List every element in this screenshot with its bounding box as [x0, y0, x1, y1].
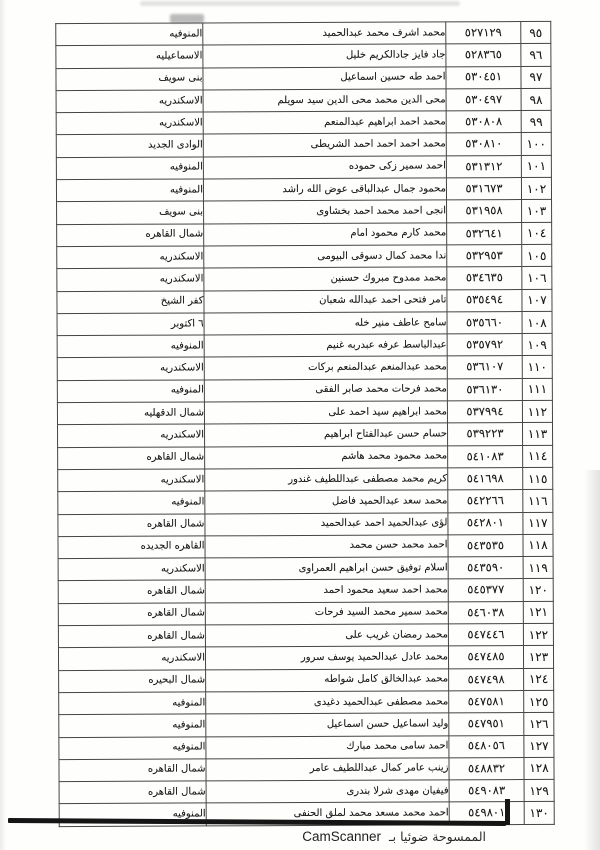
serial-cell: ١٠٤	[522, 222, 552, 244]
name-cell: محمد احمد احمد احمد الشريطى	[203, 133, 446, 156]
table-row: ١٢٧ ٥٤٨٠٥٦ احمد سامى محمد مبارك المنوفيه	[59, 735, 554, 759]
serial-cell: ١٠٢	[521, 177, 551, 199]
governorate-cell: الاسكندريه	[57, 268, 204, 291]
governorate-cell: شمال الدقهليه	[57, 402, 204, 425]
governorate-cell: القاهره الجديده	[58, 536, 205, 559]
governorate-cell: شمال القاهره	[58, 447, 205, 470]
id-cell: ٥٤٦٠٣٨	[448, 601, 523, 624]
serial-cell: ١١٩	[523, 557, 553, 579]
id-cell: ٥٤٢٢٦٦	[448, 490, 523, 513]
table-row: ١١٥ ٥٤١٦٩٨ كريم محمد مصطفى عبداللطيف غند…	[58, 467, 553, 491]
name-cell: لؤى عبدالحميد احمد عبدالحميد	[205, 512, 448, 535]
name-cell: محمد عبدالخالق كامل شواطه	[206, 668, 449, 691]
table-row: ١٢٩ ٥٤٩٠٨٣ فيفيان مهدى شرلا بندرى شمال ا…	[59, 780, 554, 804]
governorate-cell: المنوفيه	[56, 157, 203, 180]
serial-cell: ١١٢	[522, 400, 552, 422]
id-cell: ٥٣٦١٠٧	[447, 356, 522, 379]
table-row: ١١٨ ٥٤٣٥٣٥ احمد محمد حسن محمد القاهره ال…	[58, 534, 553, 558]
id-cell: ٥٣٥٦٦٠	[447, 311, 522, 334]
serial-cell: ١٢٥	[524, 690, 554, 712]
id-cell: ٥٤٥٣٧٧	[448, 579, 523, 602]
table-row: ١٢٣ ٥٤٧٤٨٥ محمد عادل عبدالحميد يوسف سرور…	[58, 646, 553, 670]
id-cell: ٥٤٧٤٨٥	[448, 646, 523, 669]
serial-cell: ١٠٣	[522, 200, 552, 222]
name-cell: محمد عادل عبدالحميد يوسف سرور	[205, 646, 448, 669]
serial-cell: ١٢٢	[523, 623, 553, 645]
table-row: ٩٥ ٥٢٧١٢٩ محمد اشرف محمد عبدالحميد المنو…	[56, 21, 551, 45]
scan-edge-shadow-left	[0, 0, 6, 850]
table-row: ١٠٢ ٥٣١٦٧٣ محمود جمال عبدالباقى عوض الله…	[56, 177, 551, 201]
table-row: ١٠٩ ٥٣٥٧٩٢ عبدالباسط عرفه عبدربه غنيم ال…	[57, 334, 552, 358]
name-cell: عبدالباسط عرفه عبدربه غنيم	[204, 334, 447, 357]
id-cell: ٥٤٧٤٤٦	[448, 624, 523, 647]
serial-cell: ١٠٦	[522, 267, 552, 289]
name-cell: محمد كارم محمود امام	[204, 223, 447, 246]
name-cell: اسلام توفيق حسن ابراهيم العمراوى	[205, 557, 448, 580]
name-cell: محمد رمضان غريب على	[205, 624, 448, 647]
serial-cell: ١٠١	[521, 155, 551, 177]
serial-cell: ١١٣	[522, 423, 552, 445]
serial-cell: ١٠٠	[521, 133, 551, 155]
records-table-wrap: ٩٥ ٥٢٧١٢٩ محمد اشرف محمد عبدالحميد المنو…	[55, 21, 554, 827]
table-row: ١٢٤ ٥٤٧٤٩٨ محمد عبدالخالق كامل شواطه شما…	[59, 668, 554, 692]
scanned-document-page: { "colors": { "ink": "#1c1c1c", "table_b…	[0, 0, 600, 850]
id-cell: ٥٤٨٠٥٦	[449, 735, 524, 758]
table-row: ١٠٥ ٥٣٢٩٥٣ ندا محمد كمال دسوقى البيومى ا…	[57, 244, 552, 268]
name-cell: احمد محمد حسن محمد	[205, 535, 448, 558]
serial-cell: ١٠٧	[522, 289, 552, 311]
name-cell: محمود جمال عبدالباقى عوض الله راشد	[203, 178, 446, 201]
table-row: ١٢٥ ٥٤٧٥٨١ محمد مصطفى عبدالحميد دغيدى ال…	[59, 690, 554, 714]
governorate-cell: المنوفيه	[57, 335, 204, 358]
scan-edge-shadow-right	[584, 470, 600, 850]
name-cell: احمد سمير زكى حموده	[203, 156, 446, 179]
governorate-cell: المنوفيه	[59, 736, 206, 759]
governorate-cell: شمال القاهره	[59, 759, 206, 782]
id-cell: ٥٣٢٩٥٣	[447, 245, 522, 268]
name-cell: جاد فايز جادالكريم خليل	[203, 44, 446, 67]
id-cell: ٥٤١٠٨٣	[448, 445, 523, 468]
name-cell: محمد ابراهيم سيد احمد على	[204, 401, 447, 424]
records-table-body: ٩٥ ٥٢٧١٢٩ محمد اشرف محمد عبدالحميد المنو…	[56, 21, 554, 826]
watermark-corner-tick	[505, 799, 510, 825]
governorate-cell: الاسكندريه	[57, 246, 204, 269]
id-cell: ٥٣٠٤٥١	[446, 66, 521, 89]
governorate-cell: الاسكندريه	[56, 112, 203, 135]
name-cell: سامح عاطف منير خله	[204, 312, 447, 335]
name-cell: ندا محمد كمال دسوقى البيومى	[204, 245, 447, 268]
table-row: ١٠١ ٥٣١٣١٢ احمد سمير زكى حموده المنوفيه	[56, 155, 551, 179]
name-cell: محمد سمير محمد السيد فرحات	[205, 602, 448, 625]
id-cell: ٥٤٢٨٠١	[448, 512, 523, 535]
scanned-with-text: الممسوحة ضوئيا بـ	[389, 829, 486, 844]
governorate-cell: شمال القاهره	[58, 580, 205, 603]
camscanner-brand-text: CamScanner	[302, 829, 381, 844]
id-cell: ٥٤٧٤٩٨	[449, 668, 524, 691]
serial-cell: ١١٦	[523, 490, 553, 512]
table-row: ١٢٢ ٥٤٧٤٤٦ محمد رمضان غريب على شمال القا…	[58, 623, 553, 647]
name-cell: احمد طه حسين اسماعيل	[203, 66, 446, 89]
id-cell: ٥٤٧٩٥١	[449, 713, 524, 736]
table-row: ١٠٣ ٥٣١٩٥٨ انجى احمد محمد احمد بخشاوى بن…	[57, 200, 552, 224]
table-row: ٩٧ ٥٣٠٤٥١ احمد طه حسين اسماعيل بنى سويف	[56, 66, 551, 90]
serial-cell: ١٢٣	[523, 646, 553, 668]
serial-cell: ١١٤	[523, 445, 553, 467]
table-row: ١٠٨ ٥٣٥٦٦٠ سامح عاطف منير خله ٦ اكتوبر	[57, 311, 552, 335]
serial-cell: ١١٠	[522, 356, 552, 378]
governorate-cell: الاسكندريه	[58, 424, 205, 447]
id-cell: ٥٣٧٩٩٤	[447, 401, 522, 424]
serial-cell: ١٢٧	[524, 735, 554, 757]
governorate-cell: ٦ اكتوبر	[57, 313, 204, 336]
id-cell: ٥٣١٩٥٨	[447, 200, 522, 223]
id-cell: ٥٤٩٠٨٣	[449, 780, 524, 803]
serial-cell: ١٣٠	[524, 802, 554, 824]
serial-cell: ١٠٨	[522, 311, 552, 333]
serial-cell: ٩٧	[521, 66, 551, 88]
governorate-cell: شمال القاهره	[58, 603, 205, 626]
serial-cell: ٩٨	[521, 88, 551, 110]
id-cell: ٥٣٢٦٤١	[447, 222, 522, 245]
governorate-cell: بنى سويف	[56, 68, 203, 91]
id-cell: ٥٣٠٤٩٧	[446, 88, 521, 111]
serial-cell: ٩٩	[521, 111, 551, 133]
name-cell: حسام حسن عبدالفتاح ابراهيم	[205, 423, 448, 446]
scan-smudge	[140, 1, 460, 6]
serial-cell: ١١٥	[523, 467, 553, 489]
id-cell: ٥٤٣٥٣٥	[448, 534, 523, 557]
name-cell: محمد اشرف محمد عبدالحميد	[203, 22, 446, 45]
governorate-cell: بنى سويف	[57, 201, 204, 224]
governorate-cell: المنوفيه	[56, 23, 203, 46]
name-cell: كريم محمد مصطفى عبداللطيف غندور	[205, 468, 448, 491]
id-cell: ٥٣١٣١٢	[446, 155, 521, 178]
table-row: ١١١ ٥٣٦١٣٠ محمد فرحات محمد صابر الفقى ال…	[57, 378, 552, 402]
name-cell: محمد مصطفى عبدالحميد دغيدى	[206, 691, 449, 714]
serial-cell: ١٠٥	[522, 244, 552, 266]
name-cell: محمد فرحات محمد صابر الفقى	[204, 379, 447, 402]
id-cell: ٥٣١٦٧٣	[446, 178, 521, 201]
serial-cell: ١١٨	[523, 534, 553, 556]
table-row: ١١٦ ٥٤٢٢٦٦ محمد سعد عبدالحميد فاضل المنو…	[58, 490, 553, 514]
serial-cell: ١٠٩	[522, 334, 552, 356]
id-cell: ٥٣٩٢٢٣	[447, 423, 522, 446]
id-cell: ٥٣٦١٣٠	[447, 378, 522, 401]
governorate-cell: الاسكندريه	[58, 469, 205, 492]
id-cell: ٥٣٠٨١٠	[446, 133, 521, 156]
id-cell: ٥٣٠٨٠٨	[446, 111, 521, 134]
name-cell: احمد سامى محمد مبارك	[206, 735, 449, 758]
serial-cell: ١٢١	[523, 601, 553, 623]
records-table: ٩٥ ٥٢٧١٢٩ محمد اشرف محمد عبدالحميد المنو…	[55, 21, 555, 827]
serial-cell: ٩٥	[521, 21, 551, 43]
governorate-cell: الاسماعيليه	[56, 45, 203, 68]
governorate-cell: كفر الشيخ	[57, 291, 204, 314]
table-row: ١١٩ ٥٤٣٥٩٠ اسلام توفيق حسن ابراهيم العمر…	[58, 557, 553, 581]
table-row: ١٢١ ٥٤٦٠٣٨ محمد سمير محمد السيد فرحات شم…	[58, 601, 553, 625]
governorate-cell: الوادى الجديد	[56, 134, 203, 157]
name-cell: محمد محمود محمد هاشم	[205, 446, 448, 469]
id-cell: ٥٤٣٥٩٠	[448, 557, 523, 580]
governorate-cell: المنوفيه	[58, 491, 205, 514]
table-row: ١١٣ ٥٣٩٢٢٣ حسام حسن عبدالفتاح ابراهيم ال…	[58, 423, 553, 447]
name-cell: تامر فتحى احمد عبدالله شعبان	[204, 289, 447, 312]
governorate-cell: الاسكندريه	[58, 647, 205, 670]
id-cell: ٥٢٨٣٦٥	[446, 44, 521, 67]
table-row: ٩٦ ٥٢٨٣٦٥ جاد فايز جادالكريم خليل الاسما…	[56, 44, 551, 68]
id-cell: ٥٤٧٥٨١	[449, 690, 524, 713]
governorate-cell: المنوفيه	[59, 692, 206, 715]
table-row: ١٠٦ ٥٣٤٦٣٥ محمد ممدوح مبروك حسنين الاسكن…	[57, 267, 552, 291]
table-row: ١١٧ ٥٤٢٨٠١ لؤى عبدالحميد احمد عبدالحميد …	[58, 512, 553, 536]
watermark-caption: الممسوحة ضوئيا بـ CamScanner	[302, 829, 486, 844]
id-cell: ٥٣٤٦٣٥	[447, 267, 522, 290]
name-cell: محى الدين محمد محى الدين سيد سويلم	[203, 89, 446, 112]
table-row: ١٢٠ ٥٤٥٣٧٧ محمد احمد سعيد محمود احمد شما…	[58, 579, 553, 603]
table-row: ١٠٤ ٥٣٢٦٤١ محمد كارم محمود امام شمال الق…	[57, 222, 552, 246]
governorate-cell: شمال القاهره	[59, 781, 206, 804]
governorate-cell: شمال البحيره	[59, 670, 206, 693]
serial-cell: ١٢٦	[524, 713, 554, 735]
governorate-cell: شمال القاهره	[58, 625, 205, 648]
serial-cell: ١٢٠	[523, 579, 553, 601]
name-cell: زينب عامر كمال عبداللطيف عامر	[206, 758, 449, 781]
name-cell: انجى احمد محمد احمد بخشاوى	[204, 200, 447, 223]
governorate-cell: المنوفيه	[59, 714, 206, 737]
serial-cell: ١٢٤	[524, 668, 554, 690]
serial-cell: ١٢٩	[524, 780, 554, 802]
name-cell: محمد احمد ابراهيم عبدالمنعم	[203, 111, 446, 134]
name-cell: محمد سعد عبدالحميد فاضل	[205, 490, 448, 513]
table-row: ١٠٧ ٥٣٥٤٩٤ تامر فتحى احمد عبدالله شعبان …	[57, 289, 552, 313]
governorate-cell: المنوفيه	[57, 380, 204, 403]
table-row: ٩٨ ٥٣٠٤٩٧ محى الدين محمد محى الدين سيد س…	[56, 88, 551, 112]
id-cell: ٥٤٨٨٣٢	[449, 757, 524, 780]
table-row: ١٢٦ ٥٤٧٩٥١ وليد اسماعيل حسن اسماعيل المن…	[59, 713, 554, 737]
table-row: ١٢٨ ٥٤٨٨٣٢ زينب عامر كمال عبداللطيف عامر…	[59, 757, 554, 781]
name-cell: فيفيان مهدى شرلا بندرى	[206, 780, 449, 803]
serial-cell: ١١٧	[523, 512, 553, 534]
name-cell: محمد ممدوح مبروك حسنين	[204, 267, 447, 290]
name-cell: محمد عبدالمنعم عبدالمنعم بركات	[204, 356, 447, 379]
name-cell: محمد احمد سعيد محمود احمد	[205, 579, 448, 602]
governorate-cell: شمال القاهره	[57, 224, 204, 247]
ink-bleed-artifact	[170, 14, 204, 23]
name-cell: وليد اسماعيل حسن اسماعيل	[206, 713, 449, 736]
id-cell: ٥٤١٦٩٨	[448, 467, 523, 490]
id-cell: ٥٣٥٤٩٤	[447, 289, 522, 312]
table-row: ١١٤ ٥٤١٠٨٣ محمد محمود محمد هاشم شمال الق…	[58, 445, 553, 469]
governorate-cell: المنوفيه	[56, 179, 203, 202]
table-row: ١١٠ ٥٣٦١٠٧ محمد عبدالمنعم عبدالمنعم بركا…	[57, 356, 552, 380]
serial-cell: ١١١	[522, 378, 552, 400]
governorate-cell: الاسكندريه	[57, 357, 204, 380]
governorate-cell: الاسكندريه	[58, 558, 205, 581]
id-cell: ٥٣٥٧٩٢	[447, 334, 522, 357]
governorate-cell: الاسكندريه	[56, 90, 203, 113]
serial-cell: ٩٦	[521, 44, 551, 66]
id-cell: ٥٢٧١٢٩	[446, 22, 521, 45]
table-row: ٩٩ ٥٣٠٨٠٨ محمد احمد ابراهيم عبدالمنعم ال…	[56, 111, 551, 135]
serial-cell: ١٢٨	[524, 757, 554, 779]
table-row: ١٠٠ ٥٣٠٨١٠ محمد احمد احمد احمد الشريطى ا…	[56, 133, 551, 157]
governorate-cell: شمال القاهره	[58, 513, 205, 536]
table-row: ١١٢ ٥٣٧٩٩٤ محمد ابراهيم سيد احمد على شما…	[57, 400, 552, 424]
